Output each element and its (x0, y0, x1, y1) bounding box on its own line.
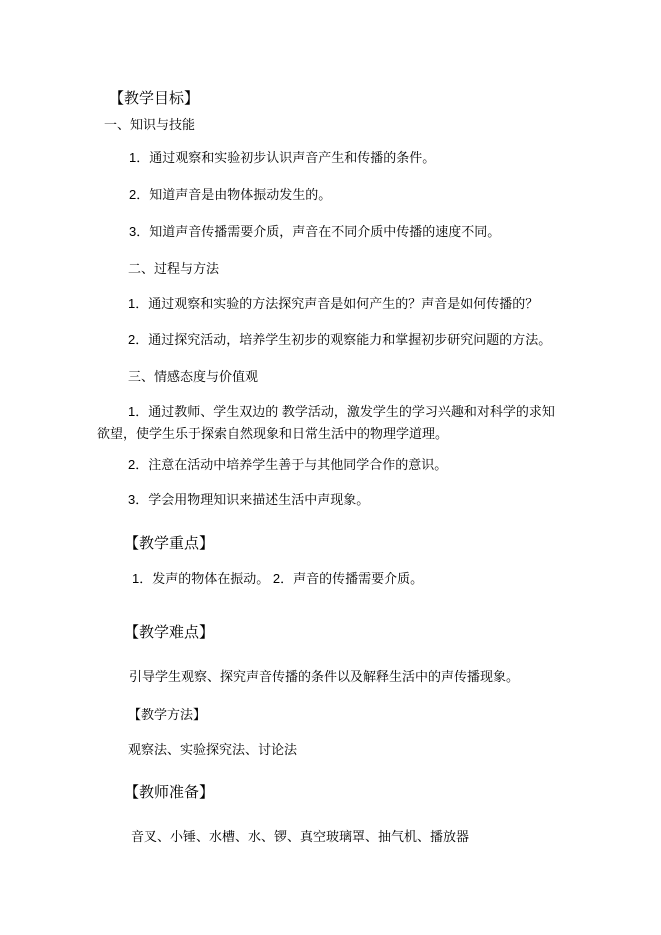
subheading-process-and-methods: 二、过程与方法 (97, 258, 565, 280)
affect-item-1: 1．通过教师、学生双边的 教学活动，激发学生的学习兴趣和对科学的求知欲望，使学生… (97, 401, 565, 445)
section-heading-teaching-difficulties: 【教学难点】 (97, 622, 565, 644)
section-heading-teacher-preparation: 【教师准备】 (97, 782, 565, 804)
objective-item-1: 1．通过观察和实验初步认识声音产生和传播的条件。 (97, 147, 565, 169)
subheading-knowledge-and-skills: 一、知识与技能 (97, 114, 565, 136)
objective-item-2: 2．知道声音是由物体振动发生的。 (97, 184, 565, 206)
key-points-text: 1．发声的物体在振动。 2．声音的传播需要介质。 (97, 568, 565, 590)
section-heading-teaching-methods: 【教学方法】 (97, 704, 565, 726)
section-heading-teaching-objectives: 【教学目标】 (97, 88, 565, 110)
teaching-methods-text: 观察法、实验探究法、讨论法 (97, 739, 565, 761)
objective-item-3: 3．知道声音传播需要介质，声音在不同介质中传播的速度不同。 (97, 221, 565, 243)
teacher-preparation-text: 音叉、小锤、水槽、水、锣、真空玻璃罩、抽气机、播放器 (97, 826, 565, 848)
subheading-affect-attitude-values: 三、情感态度与价值观 (97, 366, 565, 388)
process-item-1: 1．通过观察和实验的方法探究声音是如何产生的？声音是如何传播的？ (97, 293, 565, 315)
difficulties-text: 引导学生观察、探究声音传播的条件以及解释生活中的声传播现象。 (97, 666, 565, 688)
document-page: 【教学目标】 一、知识与技能 1．通过观察和实验初步认识声音产生和传播的条件。 … (0, 0, 661, 935)
affect-item-2: 2．注意在活动中培养学生善于与其他同学合作的意识。 (97, 454, 565, 476)
section-heading-teaching-key-points: 【教学重点】 (97, 533, 565, 555)
process-item-2: 2．通过探究活动，培养学生初步的观察能力和掌握初步研究问题的方法。 (97, 329, 565, 351)
affect-item-3: 3．学会用物理知识来描述生活中声现象。 (97, 489, 565, 511)
